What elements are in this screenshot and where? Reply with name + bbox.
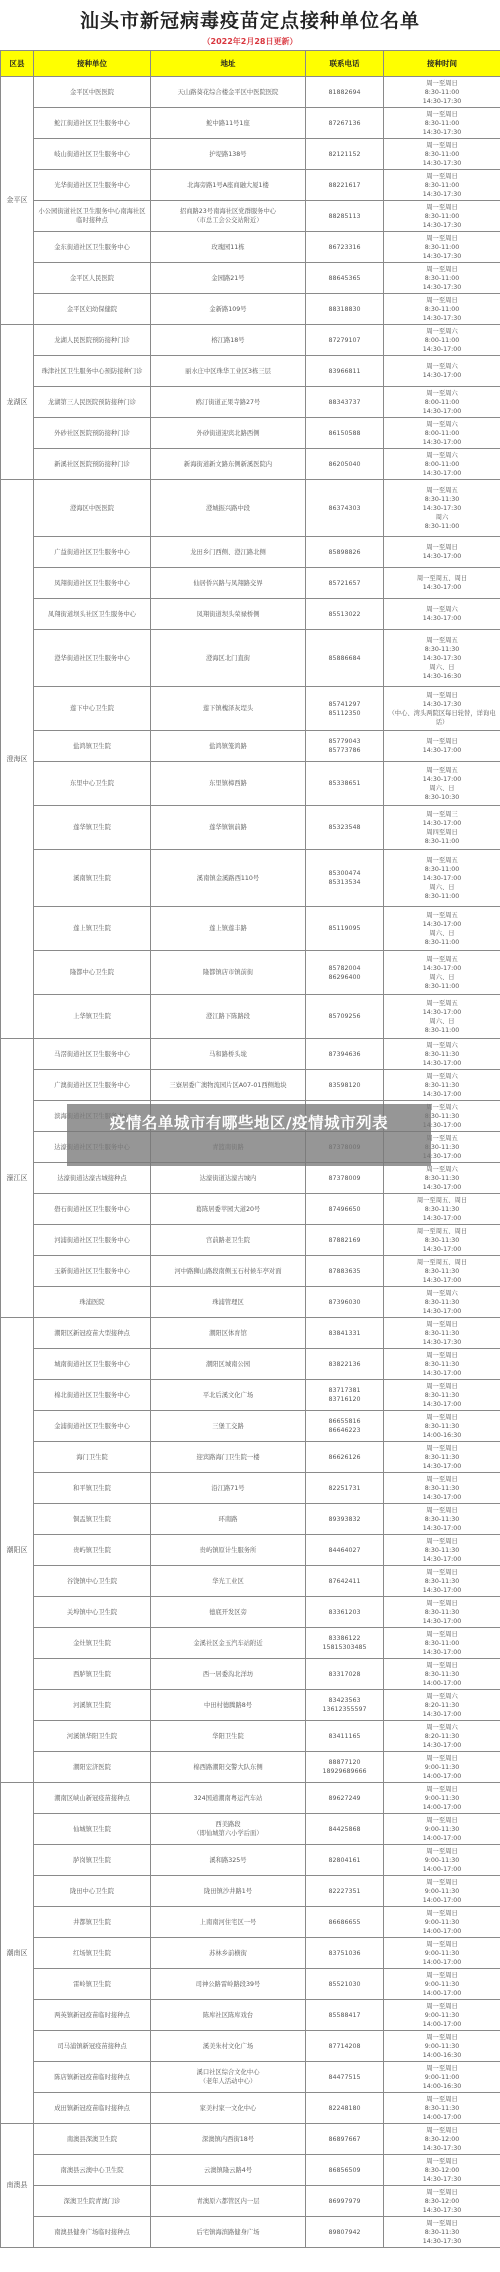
table-row: 鮀江街道社区卫生服务中心鮀中路11号1座87267136周一至周日 8:30-1…: [1, 108, 500, 139]
unit-cell: 上华镇卫生院: [34, 995, 151, 1039]
table-row: 棉北街道社区卫生服务中心平北后溪文化广场83717381 83716120周一至…: [1, 1380, 500, 1411]
unit-cell: 凤翔街道坝头社区卫生服务中心: [34, 599, 151, 630]
address-cell: 平北后溪文化广场: [151, 1380, 306, 1411]
hours-cell: 周一至周六 8:30-11:30 14:30-17:00: [384, 1070, 500, 1101]
unit-cell: 南澳县健身广场临时接种点: [34, 2217, 151, 2248]
address-cell: 环南路: [151, 1504, 306, 1535]
phone-cell: 82251731: [306, 1473, 384, 1504]
address-cell: 华光工业区: [151, 1566, 306, 1597]
address-cell: 三寮居委广澳物流园片区A07-01西侧地块: [151, 1070, 306, 1101]
phone-cell: 87267136: [306, 108, 384, 139]
table-row: 河溪镇华阳卫生院华阳卫生院83411165周一至周六 8:20-11:30 14…: [1, 1721, 500, 1752]
table-row: 澄华街道社区卫生服务中心澄海区北门直街85886684周一至周五 8:30-11…: [1, 630, 500, 687]
unit-cell: 金灶镇卫生院: [34, 1628, 151, 1659]
unit-cell: 马滘街道社区卫生服务中心: [34, 1039, 151, 1070]
unit-cell: 南澳县云澳中心卫生院: [34, 2155, 151, 2186]
table-row: 上华镇卫生院澄江路下陈路段85709256周一至周五 14:30-17:00 周…: [1, 995, 500, 1039]
phone-cell: 87396030: [306, 1287, 384, 1318]
hours-cell: 周一至周五 14:30-17:00 周六、日 8:30-10:30: [384, 762, 500, 806]
address-cell: 贵屿镇原计生服务所: [151, 1535, 306, 1566]
phone-cell: 88318830: [306, 294, 384, 325]
unit-cell: 金平区中医医院: [34, 77, 151, 108]
unit-cell: 小公园街道社区卫生服务中心南海社区临时接种点: [34, 201, 151, 232]
address-cell: 东里镇樟西路: [151, 762, 306, 806]
unit-cell: 河溪镇华阳卫生院: [34, 1721, 151, 1752]
hours-cell: 周一至周日 8:30-11:00 14:30-17:30: [384, 170, 500, 201]
address-cell: 西一居委沟北洋坊: [151, 1659, 306, 1690]
address-cell: 中田村德腾路8号: [151, 1690, 306, 1721]
table-row: 关埠镇中心卫生院德底开发区旁83361203周一至周日 8:30-11:30 1…: [1, 1597, 500, 1628]
address-cell: 达濠街道达濠古城内: [151, 1163, 306, 1194]
phone-cell: 86686655: [306, 1907, 384, 1938]
unit-cell: 澄华街道社区卫生服务中心: [34, 630, 151, 687]
unit-cell: 龙湖人民医院预防接种门诊: [34, 325, 151, 356]
phone-cell: 86374303: [306, 480, 384, 537]
address-cell: 后宅镇海滨路健身广场: [151, 2217, 306, 2248]
table-row: 陈店镇新冠疫苗临时接种点溪口社区综合文化中心 （老年人活动中心）84477515…: [1, 2062, 500, 2093]
table-row: 河浦街道社区卫生服务中心宫前路老卫生院87882169周一至周五、周日 8:30…: [1, 1225, 500, 1256]
phone-cell: 88877120 18929689666: [306, 1752, 384, 1783]
table-row: 莲华镇卫生院莲华镇镇前路85323548周一至周三 14:30-17:00 周四…: [1, 806, 500, 850]
table-row: 金东街道社区卫生服务中心玫瑰园11栋86723316周一至周日 8:30-11:…: [1, 232, 500, 263]
hours-cell: 周一至周日 8:30-11:00 14:30-17:30: [384, 108, 500, 139]
table-row: 小公园街道社区卫生服务中心南海社区临时接种点招商路23号南海社区党群服务中心 （…: [1, 201, 500, 232]
table-row: 城南街道社区卫生服务中心潮阳区城南公园83822136周一至周日 8:30-11…: [1, 1349, 500, 1380]
phone-cell: 83751036: [306, 1938, 384, 1969]
hours-cell: 周一至周五、周日 8:30-11:30 14:30-17:00: [384, 1256, 500, 1287]
table-row: 南澳县南澳县深澳卫生院深澳镇内西街18号86897667周一至周日 8:30-1…: [1, 2124, 500, 2155]
phone-cell: 85513022: [306, 599, 384, 630]
unit-cell: 凤翔街道社区卫生服务中心: [34, 568, 151, 599]
phone-cell: 85300474 85313534: [306, 850, 384, 907]
hours-cell: 周一至周日 9:00-11:30 14:00-17:00: [384, 1845, 500, 1876]
phone-cell: 88285113: [306, 201, 384, 232]
phone-cell: 86205040: [306, 449, 384, 480]
address-cell: 鸥汀街道正果寺路27号: [151, 387, 306, 418]
hours-cell: 周一至周日 8:30-11:30 14:30-17:30: [384, 1318, 500, 1349]
phone-cell: 87279107: [306, 325, 384, 356]
unit-cell: 珠津社区卫生服务中心预防接种门诊: [34, 356, 151, 387]
unit-cell: 铜盂镇卫生院: [34, 1504, 151, 1535]
phone-cell: 88343737: [306, 387, 384, 418]
hours-cell: 周一至周日 8:30-11:30 14:30-17:00: [384, 1597, 500, 1628]
unit-cell: 溪南镇卫生院: [34, 850, 151, 907]
unit-cell: 陇田中心卫生院: [34, 1876, 151, 1907]
phone-cell: 84477515: [306, 2062, 384, 2093]
unit-cell: 外砂社区医院预防接种门诊: [34, 418, 151, 449]
phone-cell: 87496650: [306, 1194, 384, 1225]
hours-cell: 周一至周日 8:30-11:00 14:30-17:30: [384, 232, 500, 263]
table-row: 玉新街道社区卫生服务中心河中路狮山路段南侧玉石村候车亭对面87883635周一至…: [1, 1256, 500, 1287]
table-row: 珠津社区卫生服务中心预防接种门诊丽水庄中区珠华工业区3栋三层83966811周一…: [1, 356, 500, 387]
unit-cell: 胪岗镇卫生院: [34, 1845, 151, 1876]
district-cell: 金平区: [1, 77, 34, 325]
unit-cell: 和平镇卫生院: [34, 1473, 151, 1504]
phone-cell: 89393832: [306, 1504, 384, 1535]
hours-cell: 周一至周五、周日 14:30-17:00: [384, 568, 500, 599]
hours-cell: 周一至周日 8:30-11:00 14:30-17:30: [384, 139, 500, 170]
unit-cell: 龙湖第三人民医院预防接种门诊: [34, 387, 151, 418]
hours-cell: 周一至周日 8:30-11:00 14:30-17:30: [384, 263, 500, 294]
hours-cell: 周一至周五 8:30-11:00 14:30-17:00 周六、日 8:30-1…: [384, 850, 500, 907]
table-row: 井都镇卫生院上南南河住宅区一号86686655周一至周日 9:00-11:30 …: [1, 1907, 500, 1938]
unit-cell: 珠浦医院: [34, 1287, 151, 1318]
address-cell: 莲下镇槐泽灰埕头: [151, 687, 306, 731]
district-cell: 濠江区: [1, 1039, 34, 1318]
unit-cell: 司马浦镇新冠疫苗接种点: [34, 2031, 151, 2062]
col-header-unit: 接种单位: [34, 51, 151, 77]
phone-cell: 82804161: [306, 1845, 384, 1876]
address-cell: 莲华镇镇前路: [151, 806, 306, 850]
hours-cell: 周一至周日 8:30-11:30 14:30-17:00: [384, 1504, 500, 1535]
table-row: 成田镇新冠疫苗临时接种点家美村家一文化中心82248180周一至周日 8:30-…: [1, 2093, 500, 2124]
address-cell: 金溪社区金玉汽车站附近: [151, 1628, 306, 1659]
table-row: 雷岭镇卫生院司神公路雷岭路段39号85521030周一至周日 9:00-11:3…: [1, 1969, 500, 2000]
hours-cell: 周一至周日 9:00-11:30 14:00-17:00: [384, 1783, 500, 1814]
unit-cell: 鮀江街道社区卫生服务中心: [34, 108, 151, 139]
hours-cell: 周一至周日 8:30-11:30 14:00-16:30: [384, 1411, 500, 1442]
address-cell: 金新路109号: [151, 294, 306, 325]
unit-cell: 雷岭镇卫生院: [34, 1969, 151, 2000]
address-cell: 溪美朱村文化广场: [151, 2031, 306, 2062]
phone-cell: 85898826: [306, 537, 384, 568]
table-row: 珠浦医院珠浦管理区87396030周一至周六 8:30-11:30 14:30-…: [1, 1287, 500, 1318]
table-row: 达濠街道达濠古城接种点达濠街道达濠古城内87378009周一至周六 8:30-1…: [1, 1163, 500, 1194]
table-row: 仙城镇卫生院西美路段 （即仙城第六小学后面）84425868周一至周日 9:00…: [1, 1814, 500, 1845]
hours-cell: 周一至周日 8:30-11:00 14:30-17:00: [384, 1628, 500, 1659]
phone-cell: 83317028: [306, 1659, 384, 1690]
hours-cell: 周一至周六 8:20-11:30 14:30-17:00: [384, 1721, 500, 1752]
table-row: 谷饶镇中心卫生院华光工业区87642411周一至周日 8:30-11:30 14…: [1, 1566, 500, 1597]
hours-cell: 周一至周六 8:20-11:30 14:30-17:00: [384, 1690, 500, 1721]
hours-cell: 周一至周日 8:30-12:00 14:30-17:30: [384, 2155, 500, 2186]
address-cell: 宫前路老卫生院: [151, 1225, 306, 1256]
table-row: 铜盂镇卫生院环南路89393832周一至周日 8:30-11:30 14:30-…: [1, 1504, 500, 1535]
hours-cell: 周一至周日 8:30-11:00 14:30-17:30: [384, 201, 500, 232]
table-row: 河溪镇卫生院中田村德腾路8号83423563 13612355597周一至周六 …: [1, 1690, 500, 1721]
phone-cell: 85741297 85112350: [306, 687, 384, 731]
address-cell: 司神公路雷岭路段39号: [151, 1969, 306, 2000]
phone-cell: 83841331: [306, 1318, 384, 1349]
unit-cell: 广澳街道社区卫生服务中心: [34, 1070, 151, 1101]
table-row: 盐鸿镇卫生院盐鸿镇笼鸿路85779043 85773786周一至周日 14:30…: [1, 731, 500, 762]
page-title: 汕头市新冠病毒疫苗定点接种单位名单: [0, 6, 500, 33]
table-row: 金平区人民医院金园路21号88645365周一至周日 8:30-11:00 14…: [1, 263, 500, 294]
hours-cell: 周一至周五、周日 8:30-11:30 14:30-17:00: [384, 1225, 500, 1256]
phone-cell: 87883635: [306, 1256, 384, 1287]
phone-cell: 85588417: [306, 2000, 384, 2031]
district-cell: 潮阳区: [1, 1318, 34, 1783]
phone-cell: 85779043 85773786: [306, 731, 384, 762]
hours-cell: 周一至周五 8:30-11:30 14:30-17:30 周六、日 14:30-…: [384, 630, 500, 687]
hours-cell: 周一至周日 9:00-11:30 14:00-17:00: [384, 1876, 500, 1907]
table-row: 广澳街道社区卫生服务中心三寮居委广澳物流园片区A07-01西侧地块8359812…: [1, 1070, 500, 1101]
unit-cell: 潮南区峡山新冠疫苗接种点: [34, 1783, 151, 1814]
phone-cell: 83966811: [306, 356, 384, 387]
unit-cell: 莲华镇卫生院: [34, 806, 151, 850]
hours-cell: 周一至周日 8:30-12:00 14:30-17:30: [384, 2124, 500, 2155]
hours-cell: 周一至周五 14:30-17:00 周六、日 8:30-11:00: [384, 907, 500, 951]
unit-cell: 河溪镇卫生院: [34, 1690, 151, 1721]
phone-cell: 85521030: [306, 1969, 384, 2000]
unit-cell: 潮阳宏济医院: [34, 1752, 151, 1783]
table-row: 东里中心卫生院东里镇樟西路85338651周一至周五 14:30-17:00 周…: [1, 762, 500, 806]
address-cell: 鮀中路11号1座: [151, 108, 306, 139]
phone-cell: 88221617: [306, 170, 384, 201]
phone-cell: 85338651: [306, 762, 384, 806]
col-header-hours: 接种时间: [384, 51, 500, 77]
unit-cell: 盐鸿镇卫生院: [34, 731, 151, 762]
unit-cell: 金平区人民医院: [34, 263, 151, 294]
address-cell: 云澳镇隆云路4号: [151, 2155, 306, 2186]
phone-cell: 85782004 86296400: [306, 951, 384, 995]
unit-cell: 金平区妇幼保健院: [34, 294, 151, 325]
hours-cell: 周一至周三 14:30-17:00 周四至周日 8:30-11:00: [384, 806, 500, 850]
unit-cell: 海门卫生院: [34, 1442, 151, 1473]
table-row: 岐山街道社区卫生服务中心护堤路138号82121152周一至周日 8:30-11…: [1, 139, 500, 170]
hours-cell: 周一至周日 8:30-11:30 14:30-17:00: [384, 1473, 500, 1504]
address-cell: 溪口社区综合文化中心 （老年人活动中心）: [151, 2062, 306, 2093]
unit-cell: 河浦街道社区卫生服务中心: [34, 1225, 151, 1256]
phone-cell: 89627249: [306, 1783, 384, 1814]
table-row: 胪岗镇卫生院溪和路325号82804161周一至周日 9:00-11:30 14…: [1, 1845, 500, 1876]
unit-cell: 潮阳区新冠疫苗大型接种点: [34, 1318, 151, 1349]
table-row: 光华街道社区卫生服务中心北海旁路1号A座商融大厦1楼88221617周一至周日 …: [1, 170, 500, 201]
hours-cell: 周一至周日 8:30-11:30 14:30-17:30: [384, 2217, 500, 2248]
hours-cell: 周一至周六 8:00-11:00 14:30-17:00: [384, 387, 500, 418]
hours-cell: 周一至周日 8:30-11:30 14:00-17:00: [384, 2093, 500, 2124]
address-cell: 凤翔街道坝头荣禄桥侧: [151, 599, 306, 630]
table-row: 广益街道社区卫生服务中心龙田乡门西侧、澄江路北侧85898826周一至周日 14…: [1, 537, 500, 568]
unit-cell: 关埠镇中心卫生院: [34, 1597, 151, 1628]
phone-cell: 87642411: [306, 1566, 384, 1597]
unit-cell: 仙城镇卫生院: [34, 1814, 151, 1845]
address-cell: 护堤路138号: [151, 139, 306, 170]
unit-cell: 广益街道社区卫生服务中心: [34, 537, 151, 568]
phone-cell: 86723316: [306, 232, 384, 263]
address-cell: 仙居侨兴路与凤翔路交界: [151, 568, 306, 599]
phone-cell: 84425868: [306, 1814, 384, 1845]
address-cell: 葛陈居委苹园大道20号: [151, 1194, 306, 1225]
phone-cell: 83822136: [306, 1349, 384, 1380]
unit-cell: 红场镇卫生院: [34, 1938, 151, 1969]
hours-cell: 周一至周日 8:30-12:00 14:30-17:30: [384, 2186, 500, 2217]
address-cell: 马和路桥头垅: [151, 1039, 306, 1070]
table-row: 隆都中心卫生院隆都镇店市镇前街85782004 86296400周一至周五 14…: [1, 951, 500, 995]
table-row: 司马浦镇新冠疫苗接种点溪美朱村文化广场87714208周一至周日 9:00-11…: [1, 2031, 500, 2062]
address-cell: 华阳卫生院: [151, 1721, 306, 1752]
table-row: 龙湖区龙湖人民医院预防接种门诊榕江路18号87279107周一至周六 8:00-…: [1, 325, 500, 356]
table-row: 礐石街道社区卫生服务中心葛陈居委苹园大道20号87496650周一至周五、周日 …: [1, 1194, 500, 1225]
address-cell: 陇田镇沙井路1号: [151, 1876, 306, 1907]
hours-cell: 周一至周日 9:00-11:30 14:00-17:00: [384, 1907, 500, 1938]
unit-cell: 深澳卫生院青澳门诊: [34, 2186, 151, 2217]
unit-cell: 南澳县深澳卫生院: [34, 2124, 151, 2155]
table-row: 贵屿镇卫生院贵屿镇原计生服务所84464027周一至周日 8:30-11:30 …: [1, 1535, 500, 1566]
address-cell: 澄江路下陈路段: [151, 995, 306, 1039]
phone-cell: 86626126: [306, 1442, 384, 1473]
unit-cell: 岐山街道社区卫生服务中心: [34, 139, 151, 170]
address-cell: 324国道潮南粤运汽车站: [151, 1783, 306, 1814]
phone-cell: 83717381 83716120: [306, 1380, 384, 1411]
phone-cell: 83361203: [306, 1597, 384, 1628]
address-cell: 丽水庄中区珠华工业区3栋三层: [151, 356, 306, 387]
address-cell: 隆都镇店市镇前街: [151, 951, 306, 995]
phone-cell: 82121152: [306, 139, 384, 170]
col-header-phone: 联系电话: [306, 51, 384, 77]
unit-cell: 贵屿镇卫生院: [34, 1535, 151, 1566]
hours-cell: 周一至周六 8:30-11:30 14:30-17:00: [384, 1039, 500, 1070]
address-cell: 潮阳区体育馆: [151, 1318, 306, 1349]
unit-cell: 井都镇卫生院: [34, 1907, 151, 1938]
unit-cell: 新溪社区医院预防接种门诊: [34, 449, 151, 480]
table-row: 潮阳宏济医院棉西路潮阳交警大队东侧88877120 18929689666周一至…: [1, 1752, 500, 1783]
address-cell: 迎宾路海门卫生院一楼: [151, 1442, 306, 1473]
table-row: 海门卫生院迎宾路海门卫生院一楼86626126周一至周日 8:30-11:30 …: [1, 1442, 500, 1473]
table-row: 外砂社区医院预防接种门诊外砂街道迎宾北路西侧86150588周一至周六 8:00…: [1, 418, 500, 449]
phone-cell: 88645365: [306, 263, 384, 294]
unit-cell: 成田镇新冠疫苗临时接种点: [34, 2093, 151, 2124]
phone-cell: 87714208: [306, 2031, 384, 2062]
table-row: 潮南区潮南区峡山新冠疫苗接种点324国道潮南粤运汽车站89627249周一至周日…: [1, 1783, 500, 1814]
phone-cell: 87394636: [306, 1039, 384, 1070]
hours-cell: 周一至周六 8:00-11:00 14:30-17:00: [384, 449, 500, 480]
hours-cell: 周一至周日 14:30-17:00: [384, 537, 500, 568]
unit-cell: 达濠街道达濠古城接种点: [34, 1163, 151, 1194]
table-row: 莲上镇卫生院莲上镇莲丰路85119095周一至周五 14:30-17:00 周六…: [1, 907, 500, 951]
unit-cell: 金东街道社区卫生服务中心: [34, 232, 151, 263]
phone-cell: 86897667: [306, 2124, 384, 2155]
hours-cell: 周一至周日 8:30-11:30 14:30-17:00: [384, 1566, 500, 1597]
unit-cell: 城南街道社区卫生服务中心: [34, 1349, 151, 1380]
unit-cell: 西胪镇卫生院: [34, 1659, 151, 1690]
hours-cell: 周一至周日 14:30-17:30 （中心、湾头两院区每日轮替，详询电话）: [384, 687, 500, 731]
address-cell: 珠浦管理区: [151, 1287, 306, 1318]
hours-cell: 周一至周日 8:30-11:30 14:30-17:00: [384, 1380, 500, 1411]
table-row: 溪南镇卫生院溪南镇金溪路西110号85300474 85313534周一至周五 …: [1, 850, 500, 907]
unit-cell: 两英镇新冠疫苗临时接种点: [34, 2000, 151, 2031]
hours-cell: 周一至周日 8:30-11:30 14:30-17:00: [384, 1442, 500, 1473]
table-row: 濠江区马滘街道社区卫生服务中心马和路桥头垅87394636周一至周六 8:30-…: [1, 1039, 500, 1070]
table-row: 金浦街道社区卫生服务中心三堡工交路86655816 86646223周一至周日 …: [1, 1411, 500, 1442]
address-cell: 溪和路325号: [151, 1845, 306, 1876]
unit-cell: 礐石街道社区卫生服务中心: [34, 1194, 151, 1225]
hours-cell: 周一至周日 8:30-11:30 14:30-17:00: [384, 1535, 500, 1566]
hours-cell: 周一至周日 9:00-11:30 14:00-17:00: [384, 1752, 500, 1783]
phone-cell: 86655816 86646223: [306, 1411, 384, 1442]
phone-cell: 85886684: [306, 630, 384, 687]
hours-cell: 周一至周六 8:00-11:00 14:30-17:00: [384, 418, 500, 449]
hours-cell: 周一至周日 8:30-11:00 14:30-17:30: [384, 77, 500, 108]
unit-cell: 谷饶镇中心卫生院: [34, 1566, 151, 1597]
district-cell: 澄海区: [1, 480, 34, 1039]
address-cell: 外砂街道迎宾北路西侧: [151, 418, 306, 449]
phone-cell: 85119095: [306, 907, 384, 951]
hours-cell: 周一至周日 9:00-11:30 14:00-17:00: [384, 1938, 500, 1969]
hours-cell: 周一至周六 8:30-11:30 14:30-17:00: [384, 1287, 500, 1318]
table-row: 和平镇卫生院沿江路71号82251731周一至周日 8:30-11:30 14:…: [1, 1473, 500, 1504]
unit-cell: 金浦街道社区卫生服务中心: [34, 1411, 151, 1442]
phone-cell: 81882694: [306, 77, 384, 108]
table-row: 西胪镇卫生院西一居委沟北洋坊83317028周一至周日 8:30-11:30 1…: [1, 1659, 500, 1690]
hours-cell: 周一至周五 8:30-11:30 14:30-17:30 周六 8:30-11:…: [384, 480, 500, 537]
hours-cell: 周一至周日 9:00-11:00 14:00-16:30: [384, 2062, 500, 2093]
unit-cell: 棉北街道社区卫生服务中心: [34, 1380, 151, 1411]
table-row: 新溪社区医院预防接种门诊新海街道新文路东侧新溪医院内86205040周一至周六 …: [1, 449, 500, 480]
table-row: 莲下中心卫生院莲下镇槐泽灰埕头85741297 85112350周一至周日 14…: [1, 687, 500, 731]
address-cell: 潮阳区城南公园: [151, 1349, 306, 1380]
phone-cell: 83386122 15815303485: [306, 1628, 384, 1659]
table-row: 深澳卫生院青澳门诊青澳原六都管区内一层86997979周一至周日 8:30-12…: [1, 2186, 500, 2217]
address-cell: 陈库社区陈库戏台: [151, 2000, 306, 2031]
district-cell: 南澳县: [1, 2124, 34, 2248]
unit-cell: 莲下中心卫生院: [34, 687, 151, 731]
hours-cell: 周一至周日 8:30-11:00 14:30-17:30: [384, 294, 500, 325]
address-cell: 苏林乡前横街: [151, 1938, 306, 1969]
table-row: 金灶镇卫生院金溪社区金玉汽车站附近83386122 15815303485周一至…: [1, 1628, 500, 1659]
address-cell: 龙田乡门西侧、澄江路北侧: [151, 537, 306, 568]
update-date: （2022年2月28日更新）: [0, 36, 500, 47]
phone-cell: 84464027: [306, 1535, 384, 1566]
unit-cell: 东里中心卫生院: [34, 762, 151, 806]
table-row: 金平区妇幼保健院金新路109号88318830周一至周日 8:30-11:00 …: [1, 294, 500, 325]
hours-cell: 周一至周六 8:00-11:00 14:30-17:00: [384, 325, 500, 356]
address-cell: 招商路23号南海社区党群服务中心 （市总工会公交站附近）: [151, 201, 306, 232]
district-cell: 潮南区: [1, 1783, 34, 2124]
address-cell: 上南南河住宅区一号: [151, 1907, 306, 1938]
district-cell: 龙湖区: [1, 325, 34, 480]
hours-cell: 周一至周六 8:30-11:30 14:30-17:00: [384, 1163, 500, 1194]
hours-cell: 周一至周日 14:30-17:00: [384, 731, 500, 762]
address-cell: 北海旁路1号A座商融大厦1楼: [151, 170, 306, 201]
address-cell: 西美路段 （即仙城第六小学后面）: [151, 1814, 306, 1845]
hours-cell: 周一至周日 8:30-11:30 14:00-17:00: [384, 1659, 500, 1690]
address-cell: 天山路葵花综合楼金平区中医院医院: [151, 77, 306, 108]
address-cell: 德底开发区旁: [151, 1597, 306, 1628]
address-cell: 新海街道新文路东侧新溪医院内: [151, 449, 306, 480]
hours-cell: 周一至周五 14:30-17:00 周六、日 8:30-11:00: [384, 995, 500, 1039]
phone-cell: 85709256: [306, 995, 384, 1039]
address-cell: 莲上镇莲丰路: [151, 907, 306, 951]
address-cell: 三堡工交路: [151, 1411, 306, 1442]
address-cell: 榕江路18号: [151, 325, 306, 356]
table-row: 凤翔街道社区卫生服务中心仙居侨兴路与凤翔路交界85721657周一至周五、周日 …: [1, 568, 500, 599]
unit-cell: 陈店镇新冠疫苗临时接种点: [34, 2062, 151, 2093]
hours-cell: 周一至周日 9:00-11:30 14:00-16:30: [384, 2031, 500, 2062]
hours-cell: 周一至周五 14:30-17:00 周六、日 8:30-11:00: [384, 951, 500, 995]
phone-cell: 83423563 13612355597: [306, 1690, 384, 1721]
address-cell: 青澳原六都管区内一层: [151, 2186, 306, 2217]
address-cell: 深澳镇内西街18号: [151, 2124, 306, 2155]
table-header-row: 区县 接种单位 地址 联系电话 接种时间: [1, 51, 500, 77]
phone-cell: 86856509: [306, 2155, 384, 2186]
phone-cell: 85323548: [306, 806, 384, 850]
phone-cell: 86997979: [306, 2186, 384, 2217]
col-header-address: 地址: [151, 51, 306, 77]
table-row: 两英镇新冠疫苗临时接种点陈库社区陈库戏台85588417周一至周日 9:00-1…: [1, 2000, 500, 2031]
address-cell: 溪南镇金溪路西110号: [151, 850, 306, 907]
phone-cell: 83411165: [306, 1721, 384, 1752]
phone-cell: 89807942: [306, 2217, 384, 2248]
hours-cell: 周一至周六 14:30-17:00: [384, 599, 500, 630]
table-row: 潮阳区潮阳区新冠疫苗大型接种点潮阳区体育馆83841331周一至周日 8:30-…: [1, 1318, 500, 1349]
table-row: 南澳县健身广场临时接种点后宅镇海滨路健身广场89807942周一至周日 8:30…: [1, 2217, 500, 2248]
hours-cell: 周一至周日 8:30-11:30 14:30-17:00: [384, 1349, 500, 1380]
hours-cell: 周一至周六 14:30-17:00: [384, 356, 500, 387]
unit-cell: 澄海区中医医院: [34, 480, 151, 537]
unit-cell: 光华街道社区卫生服务中心: [34, 170, 151, 201]
address-cell: 棉西路潮阳交警大队东侧: [151, 1752, 306, 1783]
